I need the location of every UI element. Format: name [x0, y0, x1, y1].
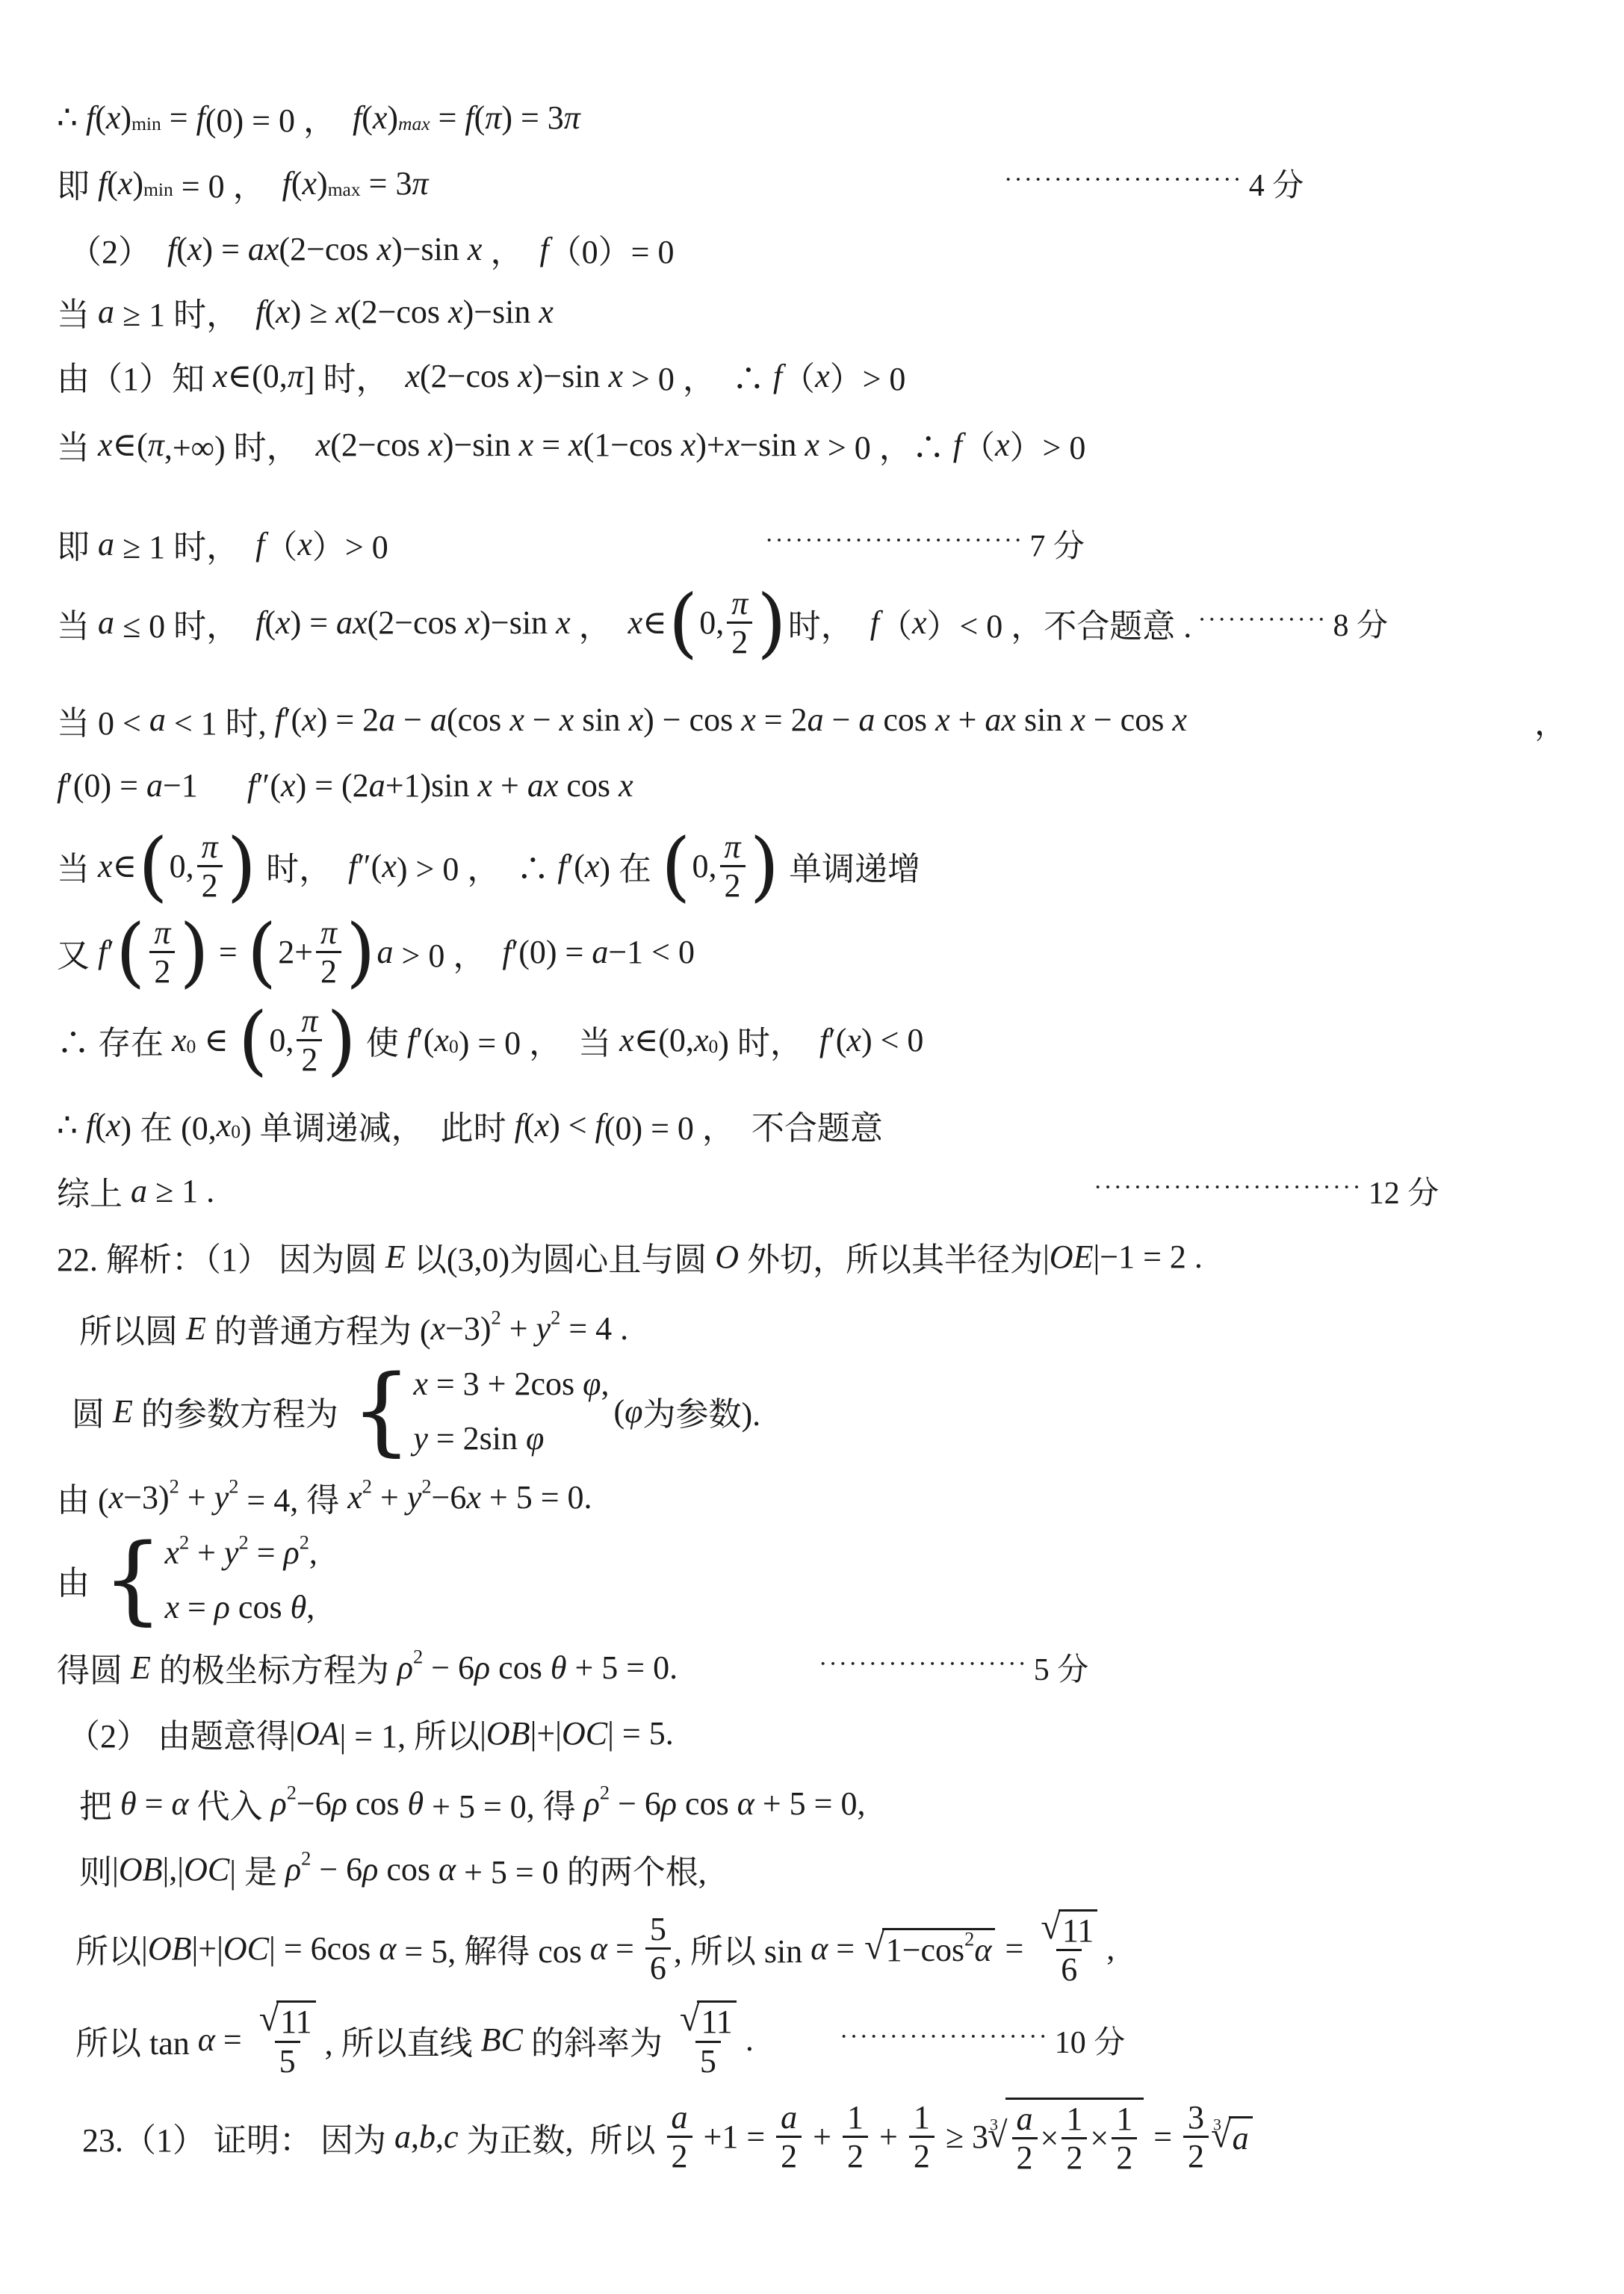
- radicand: 11: [697, 2000, 736, 2040]
- math-text: ∈: [196, 1021, 237, 1059]
- math-text: ∈(0,: [634, 1021, 694, 1059]
- math-variable: f: [86, 99, 95, 137]
- fraction: a2: [1012, 2101, 1038, 2177]
- math-variable: E: [131, 1649, 151, 1687]
- math-variable: x: [213, 357, 228, 395]
- math-variable: f: [502, 933, 511, 971]
- math-text: 2: [301, 1041, 317, 1078]
- math-variable: f: [348, 847, 357, 885]
- math-text: | 是: [229, 1845, 285, 1893]
- math-variable: y: [224, 1534, 239, 1572]
- radical-icon: √: [864, 1926, 884, 1968]
- fraction: π2: [197, 828, 223, 905]
- math-variable: ax: [336, 604, 368, 642]
- math-text: ,: [436, 2118, 444, 2156]
- math-text: 的参数方程为: [133, 1387, 347, 1435]
- math-variable: x: [297, 525, 312, 563]
- math-text: )+: [695, 426, 725, 464]
- math-text: 的极坐标方程为: [151, 1643, 397, 1691]
- math-variable: a: [1017, 2101, 1033, 2137]
- math-text: ，: [482, 225, 539, 273]
- fraction: π2: [727, 585, 752, 661]
- math-variable: x: [509, 701, 524, 739]
- paren-group: (0,π2): [238, 1002, 356, 1079]
- math-text: ×: [1090, 2119, 1109, 2157]
- math-text: =: [161, 99, 196, 137]
- math-variable: x: [187, 230, 202, 268]
- math-variable: x: [518, 357, 533, 395]
- math-text: ）> 0: [830, 352, 906, 400]
- math-text: 6: [650, 1950, 666, 1986]
- math-variable: f: [539, 230, 548, 268]
- radical-icon: √: [259, 1999, 279, 2039]
- math-text: 2: [320, 953, 337, 990]
- math-variable: x: [519, 426, 534, 464]
- math-variable: α: [379, 1929, 396, 1968]
- fraction: 12: [1112, 2101, 1137, 2177]
- paren-content: 0,π2: [698, 585, 757, 661]
- math-text: ）< 0 ，不合题意 .: [926, 599, 1191, 647]
- math-variable: x: [466, 1478, 481, 1516]
- math-variable: x: [608, 357, 623, 395]
- math-text: 以(3,0)为圆心且与圆: [406, 1233, 715, 1280]
- math-text: = 0 ，: [173, 159, 282, 207]
- math-text: |−1 = 2 .: [1093, 1238, 1202, 1276]
- math-text: + 5 = 0.: [481, 1478, 592, 1516]
- math-text: ）> 0: [1010, 421, 1086, 468]
- math-text: |,|: [162, 1850, 184, 1888]
- math-text: 11: [280, 2003, 312, 2040]
- score-dots-leader: ························: [1004, 166, 1243, 194]
- math-variable: ρ: [271, 1785, 287, 1823]
- math-variable: π: [564, 99, 580, 137]
- right-paren-icon: ): [326, 1006, 356, 1074]
- solution-line: 23.（1） 证明： 因为 a,b,c 为正数, 所以 a2 +1 = a2 +…: [57, 2098, 1594, 2177]
- right-paren-icon: ): [346, 918, 375, 986]
- math-text: > 0 ， ∴: [623, 352, 773, 400]
- math-text: ): [120, 99, 131, 137]
- math-text: 23.（1） 证明： 因为: [82, 2113, 394, 2161]
- solution-line: 由（1）知 x∈(0,π] 时， x(2−cos x)−sin x > 0 ， …: [57, 347, 1594, 405]
- math-text: + 5 = 0.: [566, 1649, 678, 1687]
- cube-root: 3√a: [1213, 2116, 1253, 2157]
- radical-icon: √: [680, 1999, 700, 2039]
- math-variable: f: [275, 701, 284, 739]
- math-variable: OE: [1050, 1238, 1094, 1276]
- math-variable: ρ: [285, 1850, 301, 1888]
- math-text: ′(: [284, 701, 302, 739]
- math-variable: x: [725, 426, 740, 464]
- math-text: ″(: [256, 766, 281, 805]
- math-variable: a: [394, 2118, 411, 2156]
- fraction: π2: [720, 828, 746, 905]
- math-text: =: [1145, 2118, 1180, 2156]
- math-text: 由: [57, 1556, 98, 1604]
- solution-line: 又 f′(π2) = (2+π2)a > 0 ， f′(0) = a−1 < 0: [57, 914, 1594, 991]
- math-variable: a: [98, 604, 114, 642]
- math-text: = 2sin: [428, 1419, 526, 1457]
- math-variable: x: [568, 426, 583, 464]
- math-variable: y: [413, 1419, 428, 1457]
- fraction: 56: [645, 1911, 671, 1987]
- math-text: (2−cos: [350, 293, 448, 331]
- solution-line: ∴ f(x)min = f(0) = 0 ， f(x)max = f(π) = …: [57, 88, 1594, 146]
- math-text: + 5 = 0 的两个根,: [456, 1845, 707, 1893]
- solution-line: 当 x∈(π,+∞) 时， x(2−cos x)−sin x = x(1−cos…: [57, 415, 1594, 474]
- math-text: ) =: [202, 230, 247, 268]
- math-text: +: [871, 2118, 906, 2156]
- fraction: 12: [843, 2099, 868, 2175]
- left-paren-icon: (: [661, 832, 690, 900]
- math-variable: E: [113, 1392, 133, 1430]
- math-text: cos: [558, 766, 619, 805]
- solution-line: 22. 解析：（1） 因为圆 E 以(3,0)为圆心且与圆 O 外切，所以其半径…: [57, 1227, 1594, 1286]
- math-variable: f: [515, 1106, 524, 1144]
- math-variable: x: [276, 293, 291, 331]
- math-text: =: [211, 933, 246, 971]
- math-text: (: [176, 230, 187, 268]
- math-text: +: [501, 1309, 536, 1348]
- math-variable: ρ: [284, 1534, 300, 1572]
- left-paren-icon: (: [247, 918, 276, 986]
- math-variable: x: [106, 1106, 121, 1144]
- math-text: ,: [411, 2118, 419, 2156]
- math-variable: θ: [120, 1785, 137, 1823]
- math-text: = 2: [756, 701, 808, 739]
- math-text: ∴: [57, 99, 86, 137]
- math-text: 则: [79, 1845, 112, 1893]
- solution-lines: ∴ f(x)min = f(0) = 0 ， f(x)max = f(π) = …: [57, 88, 1594, 2177]
- math-variable: π: [725, 828, 741, 865]
- radicand: 1−cos2α: [882, 1928, 996, 1969]
- solution-line: 得圆 E 的极坐标方程为 ρ2 − 6ρ cos θ + 5 = 0.·····…: [57, 1638, 1594, 1696]
- math-variable: x: [382, 847, 397, 885]
- fraction: π2: [149, 914, 175, 991]
- math-text: ∴: [57, 1106, 86, 1144]
- math-text: 0,: [170, 847, 194, 885]
- math-text: (: [291, 164, 303, 202]
- math-variable: ax: [985, 701, 1016, 739]
- solution-line: （2） 由题意得|OA| = 1, 所以|OB|+|OC| = 5.: [57, 1704, 1594, 1762]
- math-text: 的普通方程为 (: [206, 1304, 431, 1352]
- math-text: (cos: [447, 701, 509, 739]
- math-text: 2: [1188, 2138, 1204, 2174]
- math-text: 2: [781, 2138, 797, 2174]
- math-variable: a: [98, 525, 114, 563]
- right-paren-icon: ): [179, 918, 208, 986]
- math-variable: ρ: [474, 1649, 490, 1687]
- math-variable: x: [539, 293, 554, 331]
- math-text: +: [492, 766, 527, 805]
- math-text: （0）= 0: [549, 225, 675, 273]
- math-text: 所以: [75, 1924, 141, 1972]
- math-variable: x: [815, 357, 830, 395]
- math-text: 5: [279, 2043, 296, 2080]
- math-variable: y: [407, 1478, 422, 1516]
- math-text: （: [264, 520, 297, 568]
- math-text: 2: [1066, 2139, 1082, 2176]
- math-variable: f: [98, 933, 107, 971]
- score-dots-leader: ···························: [1094, 1174, 1363, 1202]
- math-text: +1 =: [695, 2118, 774, 2156]
- math-text: − 6: [610, 1785, 661, 1823]
- math-text: ) 时，: [718, 1016, 819, 1064]
- math-variable: x: [619, 1021, 634, 1059]
- math-text: =: [828, 1929, 863, 1968]
- math-variable: f: [98, 164, 107, 202]
- math-variable: x: [316, 426, 331, 464]
- math-text: +: [805, 2118, 840, 2156]
- math-text: ): [132, 164, 143, 202]
- math-text: ,+∞) 时，: [164, 421, 316, 468]
- paren-content: 0,π2: [691, 828, 750, 905]
- math-variable: π: [154, 914, 170, 951]
- fraction-denominator: 6: [645, 1947, 671, 1986]
- math-text: 得圆: [57, 1643, 131, 1691]
- math-text: sin: [1016, 701, 1070, 739]
- score-dots-leader: ·····················: [840, 2023, 1049, 2051]
- fraction: 32: [1183, 2099, 1209, 2175]
- math-variable: x: [434, 1021, 449, 1059]
- math-text: 5: [700, 2043, 716, 2080]
- math-text: （2） 由题意得: [67, 1709, 289, 1757]
- solution-line: 即 f(x)min = 0 ， f(x)max = 3π············…: [57, 154, 1594, 212]
- math-variable: x: [1070, 701, 1085, 739]
- solution-line: 综上 a ≥ 1 .···························12 …: [57, 1162, 1594, 1220]
- math-text: (: [264, 604, 276, 642]
- fraction: √115: [674, 2000, 743, 2080]
- fraction-numerator: √11: [1035, 1909, 1103, 1949]
- math-variable: π: [485, 99, 501, 137]
- fraction: 12: [909, 2099, 935, 2175]
- math-text: （2）: [69, 225, 167, 273]
- math-variable: π: [412, 164, 428, 202]
- math-text: 2: [1017, 2139, 1033, 2176]
- math-text: | = 6cos: [269, 1929, 379, 1968]
- math-text: |: [289, 1714, 296, 1752]
- math-text: 为参数).: [642, 1387, 760, 1435]
- math-text: (1−cos: [583, 426, 681, 464]
- score-marker: ························4 分: [1004, 161, 1304, 205]
- math-text: 1−cos: [886, 1931, 964, 1969]
- fraction-denominator: 2: [297, 1039, 322, 1078]
- math-text: 当: [57, 288, 98, 335]
- math-text: −3): [123, 1478, 169, 1516]
- math-variable: x: [1172, 701, 1187, 739]
- paren-content: 0,π2: [267, 1002, 326, 1079]
- math-variable: ax: [527, 766, 559, 805]
- math-text: (: [107, 164, 118, 202]
- math-variable: x: [373, 99, 388, 137]
- math-variable: OB: [148, 1929, 192, 1968]
- math-text: (2−cos: [368, 604, 465, 642]
- math-variable: ρ: [584, 1785, 600, 1823]
- math-text: ×: [1041, 2119, 1059, 2157]
- fraction: √115: [253, 2000, 322, 2080]
- radicand: 11: [1059, 1909, 1097, 1949]
- math-variable: a: [146, 766, 163, 805]
- math-variable: x: [560, 701, 574, 739]
- left-paren-icon: (: [116, 918, 145, 986]
- math-text: 当: [57, 842, 98, 890]
- math-text: 2: [672, 2138, 688, 2174]
- math-text: =: [137, 1785, 172, 1823]
- math-text: (0) = 0 ，: [205, 93, 353, 141]
- score-dots-leader: ··························: [765, 527, 1023, 555]
- math-variable: x: [98, 847, 113, 885]
- math-text: cos: [677, 1785, 737, 1823]
- math-variable: x: [405, 357, 420, 395]
- math-variable: a: [808, 701, 824, 739]
- math-text: ): [387, 99, 398, 137]
- math-text: ∈: [642, 604, 667, 642]
- math-text: ≥ 1 时，: [114, 520, 255, 568]
- solution-line: 即 a ≥ 1 时， f（x）> 0······················…: [57, 515, 1594, 573]
- math-variable: x: [109, 1478, 124, 1516]
- system-rows: x2 + y2 = ρ2,x = ρ cos θ,: [164, 1534, 317, 1626]
- score-label: 4 分: [1249, 161, 1304, 205]
- math-text: − cos: [1085, 701, 1172, 739]
- fraction: 12: [1062, 2101, 1087, 2177]
- radicand: 11: [276, 2000, 315, 2040]
- math-variable: ρ: [332, 1785, 347, 1823]
- math-variable: f: [255, 525, 264, 563]
- math-variable: x: [413, 1365, 428, 1403]
- math-text: > 0 ，: [394, 929, 503, 976]
- system-row: x = 3 + 2cos φ,: [413, 1365, 609, 1403]
- math-variable: φ: [526, 1419, 544, 1457]
- fraction-denominator: 6: [1056, 1949, 1082, 1988]
- fraction-numerator: π: [197, 828, 223, 865]
- math-variable: x: [619, 766, 633, 805]
- solution-line: ∴ 存在 x0 ∈ (0,π2) 使 f′(x0) = 0 ， 当 x∈(0,x…: [57, 1002, 1594, 1079]
- math-variable: f: [196, 99, 205, 137]
- math-text: ) − cos: [643, 701, 741, 739]
- fraction-numerator: √11: [253, 2000, 322, 2041]
- math-text: −sin: [740, 426, 805, 464]
- math-variable: x: [98, 426, 113, 464]
- math-text: 3: [1188, 2099, 1204, 2136]
- math-variable: π: [301, 1002, 317, 1039]
- math-text: 即: [57, 159, 98, 207]
- math-text: (: [264, 293, 276, 331]
- math-text: (: [95, 1106, 106, 1144]
- brace-icon: {: [351, 1371, 412, 1452]
- math-text: −: [395, 701, 430, 739]
- math-variable: x: [377, 230, 392, 268]
- math-text: 5: [650, 1911, 666, 1947]
- solution-line: （2） f(x) = ax(2−cos x)−sin x ， f（0）= 0: [57, 220, 1594, 278]
- equation-system: {x = 3 + 2cos φ,y = 2sin φ: [351, 1365, 610, 1457]
- paren-group: (2+π2): [247, 914, 376, 991]
- square-root: √1−cos2α: [864, 1928, 995, 1969]
- math-variable: y: [536, 1309, 551, 1348]
- math-text: ）> 0: [312, 520, 388, 568]
- fraction-numerator: π: [149, 914, 175, 951]
- math-text: 圆: [72, 1387, 113, 1435]
- math-text: |: [141, 1929, 148, 1968]
- math-text: ) > 0 ， ∴: [397, 842, 557, 890]
- fraction-numerator: π: [720, 828, 746, 865]
- math-text: 0,: [692, 847, 717, 885]
- math-variable: φ: [583, 1365, 601, 1403]
- fraction-denominator: 2: [316, 951, 341, 990]
- solution-line: 所以|OB|+|OC| = 6cos α = 5, 解得 cos α = 56,…: [57, 1909, 1594, 1988]
- fraction-numerator: 1: [843, 2099, 868, 2136]
- math-text: |+|: [191, 1929, 223, 1968]
- math-variable: x: [428, 426, 443, 464]
- math-text: ≥ 1 .: [147, 1172, 214, 1210]
- system-row: x = ρ cos θ,: [164, 1588, 314, 1626]
- math-variable: OC: [562, 1714, 607, 1752]
- math-text: cos: [347, 1785, 408, 1823]
- score-label: 10 分: [1055, 2018, 1126, 2062]
- math-variable: a: [149, 701, 166, 739]
- math-text: ) ≥: [291, 293, 336, 331]
- math-variable: f: [953, 426, 962, 464]
- math-variable: α: [974, 1931, 991, 1969]
- math-variable: θ: [551, 1649, 567, 1687]
- math-variable: ρ: [397, 1649, 413, 1687]
- math-text: （: [962, 421, 995, 468]
- math-variable: x: [556, 604, 571, 642]
- math-text: ,: [306, 1588, 314, 1626]
- math-text: ) = (2: [296, 766, 369, 805]
- paren-group: (0,π2): [138, 828, 256, 905]
- math-text: 22. 解析：（1） 因为圆: [57, 1233, 385, 1280]
- math-variable: x: [468, 230, 483, 268]
- math-text: ) = 2: [317, 701, 379, 739]
- solution-line: ∴ f(x) 在 (0,x0) 单调递减， 此时 f(x) < f(0) = 0…: [57, 1096, 1594, 1154]
- math-text: ) < 0: [861, 1021, 923, 1059]
- math-text: (: [95, 99, 106, 137]
- math-variable: θ: [408, 1785, 424, 1823]
- math-text: ′(0) =: [66, 766, 146, 805]
- math-text: =: [430, 99, 465, 137]
- math-variable: a: [592, 933, 608, 971]
- left-paren-icon: (: [238, 1006, 267, 1074]
- math-text: +: [372, 1478, 407, 1516]
- math-variable: f: [407, 1021, 416, 1059]
- radicand: a2×12×12: [1005, 2098, 1144, 2177]
- math-text: 1: [1116, 2101, 1132, 2137]
- math-variable: OB: [119, 1850, 163, 1888]
- math-variable: a: [369, 766, 385, 805]
- score-label: 12 分: [1369, 1168, 1439, 1213]
- math-text: (2−cos: [279, 230, 376, 268]
- fraction-numerator: 1: [909, 2099, 935, 2136]
- paren-content: π2: [145, 914, 179, 991]
- math-variable: x: [629, 701, 644, 739]
- math-text: ∈(: [113, 426, 148, 464]
- math-text: −1 < 0: [608, 933, 695, 971]
- math-variable: x: [276, 604, 291, 642]
- score-marker: ··························7 分: [765, 521, 1085, 566]
- root-index: 3: [990, 2115, 998, 2134]
- math-text: （: [879, 599, 912, 647]
- math-variable: x: [585, 847, 600, 885]
- math-text: (2−cos: [330, 426, 428, 464]
- math-text: )−sin: [480, 604, 556, 642]
- math-text: 又: [57, 929, 98, 976]
- math-text: −: [824, 701, 859, 739]
- score-label: 8 分: [1333, 601, 1389, 645]
- math-text: (: [362, 99, 373, 137]
- math-variable: x: [335, 293, 350, 331]
- math-text: −: [524, 701, 560, 739]
- score-marker: ·····················5 分: [819, 1645, 1088, 1690]
- math-variable: f: [167, 230, 176, 268]
